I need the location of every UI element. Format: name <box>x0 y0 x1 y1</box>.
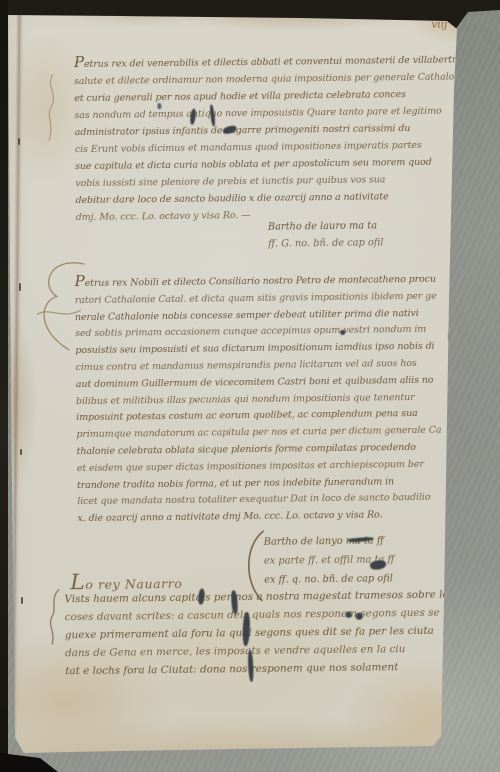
text-line: Bartho de lauro ma ta <box>268 217 384 235</box>
ink-smudge <box>340 330 345 335</box>
manuscript-photograph: viij Petrus rex dei venerabilis et dilec… <box>0 0 500 772</box>
text-line: Bartho de lanyo ma ta ff <box>264 531 395 552</box>
book-spine-edge <box>0 0 8 772</box>
ink-smudge <box>356 613 363 620</box>
ink-smudge <box>157 103 161 109</box>
paragraph-brace <box>46 588 63 646</box>
ink-smudge <box>346 612 352 618</box>
text-line: ff. G. no. bñ. de cap ofil <box>268 234 384 252</box>
initial-flourish <box>34 258 91 359</box>
chancery-subscription-1: Bartho de lauro ma ta ff. G. no. bñ. de … <box>268 217 384 252</box>
manuscript-page: viij Petrus rex dei venerabilis et dilec… <box>0 0 500 772</box>
paragraph-2-latin-letter: Petrus rex Nobili et dilecto Consiliario… <box>74 269 442 528</box>
handwritten-text-layer: viij Petrus rex dei venerabilis et dilec… <box>0 0 500 772</box>
margin-flourish <box>42 72 63 144</box>
paragraph-1-latin-letter: Petrus rex dei venerabilis et dilectis a… <box>74 49 471 226</box>
subscription-bracket <box>240 528 269 604</box>
